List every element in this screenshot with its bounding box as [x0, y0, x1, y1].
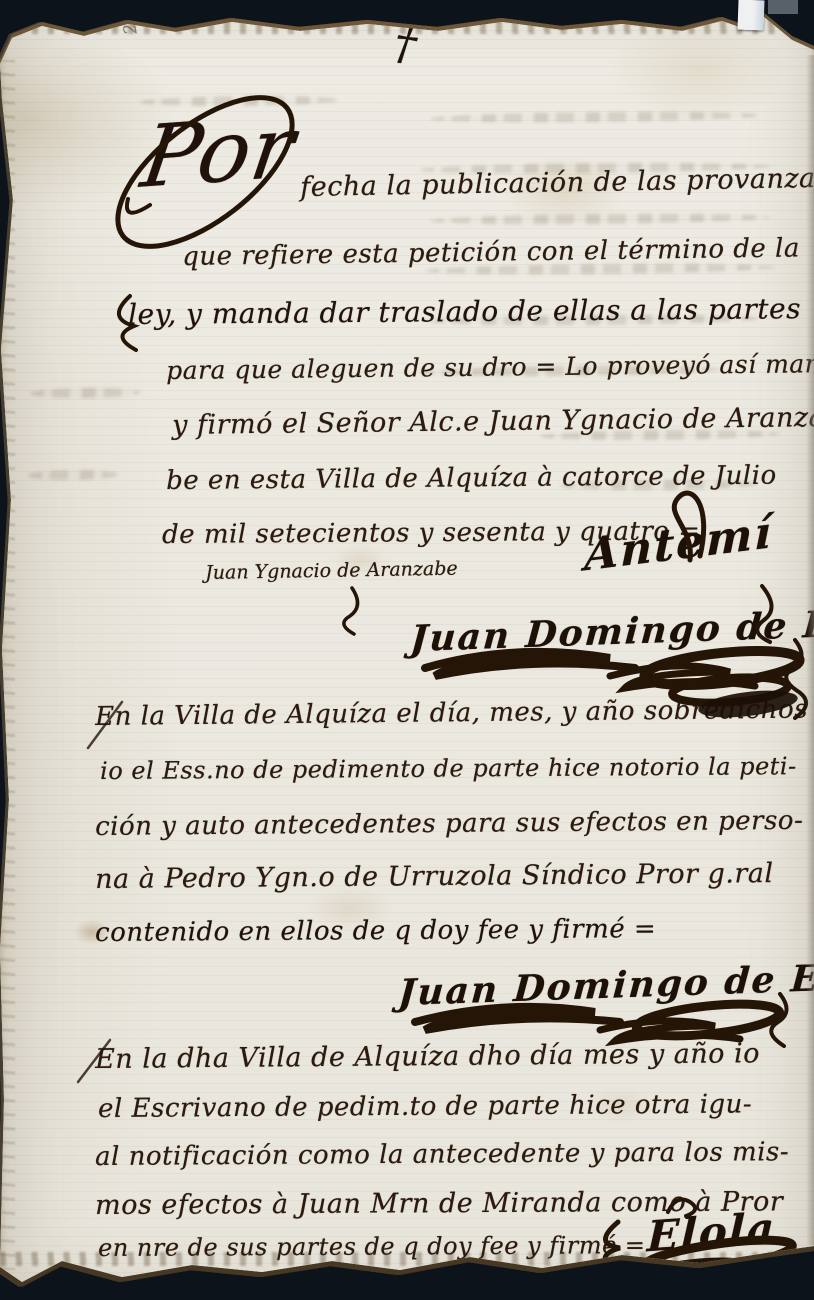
notification2-line: al notificación como la antecedente y pa… — [95, 1137, 789, 1172]
invocation-cross: † — [391, 18, 420, 72]
underlying-page-edge — [806, 55, 814, 1245]
decree-line: fecha la publicación de las provanzas — [300, 163, 814, 203]
decree-line: be en esta Villa de Alquíza à catorce de… — [166, 461, 777, 496]
decree-line: ley, y manda dar traslado de ellas a las… — [128, 292, 801, 331]
final-rubric: Elola — [646, 1203, 777, 1261]
folio-number: 25 — [118, 11, 141, 36]
signature-juan-domingo-2: Juan Domingo de Elola — [397, 954, 814, 1014]
decree-opening-word: Por — [136, 98, 301, 208]
notification2-line: el Escrivano de pedim.to de parte hice o… — [98, 1089, 752, 1124]
verso-showthrough — [30, 387, 140, 398]
attribution-line: Juan Ygnacio de Aranzabe — [205, 558, 458, 584]
notification1-line: na à Pedro Ygn.o de Urruzola Síndico Pro… — [95, 858, 774, 895]
paper-sheet-wrapper: 25 † Por fecha la publicación de las pro… — [0, 0, 814, 1300]
notification1-line: io el Ess.no de pedimento de parte hice … — [100, 752, 797, 785]
notification1-line: contenido en ellos de q doy fee y firmé … — [95, 914, 656, 948]
verso-showthrough — [430, 110, 760, 123]
verso-showthrough — [28, 470, 118, 481]
signature-juan-domingo-1: Juan Domingo de Elola — [409, 600, 814, 660]
notification2-line: en nre de sus partes de q doy fee y firm… — [98, 1231, 646, 1262]
manuscript-scan: 25 † Por fecha la publicación de las pro… — [0, 0, 814, 1300]
binding-fragment — [768, 0, 798, 14]
verso-showthrough — [430, 212, 770, 226]
notification1-line: ción y auto antecedentes para sus efecto… — [95, 806, 803, 842]
paper-sheet: 25 † Por fecha la publicación de las pro… — [0, 0, 814, 1300]
archive-tab — [737, 0, 764, 30]
notification1-line: En la Villa de Alquíza el día, mes, y añ… — [95, 695, 808, 732]
notification2-line: En la dha Villa de Alquíza dho día mes y… — [95, 1038, 760, 1075]
left-edge-fibers — [0, 60, 15, 1270]
decree-line: para que aleguen de su dro = Lo proveyó … — [166, 349, 814, 385]
